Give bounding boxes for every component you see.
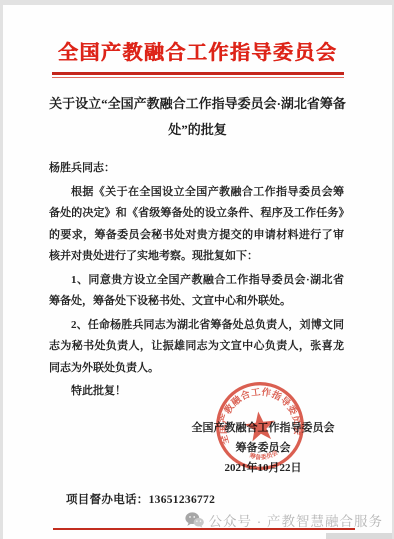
signature-committee-line: 筹备委员会 <box>160 438 366 458</box>
document-page: 全国产教融合工作指导委员会 关于设立“全国产教融合工作指导委员会·湖北省筹备处”… <box>3 5 392 539</box>
photo-edge-shadow <box>326 533 392 539</box>
signature-block: 全国产教融合工作指导委员会 筹备委员会 2021年10月22日 <box>160 418 366 478</box>
paragraph-item-2: 2、任命杨胜兵同志为湖北省筹备处总负责人，刘博文同志为秘书处负责人，让振雄同志为… <box>49 315 344 380</box>
signature-date: 2021年10月22日 <box>160 458 366 478</box>
phone-label: 项目督办电话： <box>66 494 149 506</box>
watermark-text: 公众号 · 产教智慧融合服务 <box>209 510 384 530</box>
document-photo: 全国产教融合工作指导委员会 关于设立“全国产教融合工作指导委员会·湖北省筹备处”… <box>0 0 394 539</box>
wechat-icon <box>185 512 204 528</box>
paragraph-item-1: 1、同意贵方设立全国产教融合工作指导委员会·湖北省筹备处，筹备处下设秘书处、文宣… <box>49 270 344 313</box>
document-title: 关于设立“全国产教融合工作指导委员会·湖北省筹备处”的批复 <box>39 91 357 143</box>
letterhead-rule-thick <box>52 72 344 75</box>
wechat-watermark: 公众号 · 产教智慧融合服务 <box>185 510 384 530</box>
letterhead-rule-thin <box>52 77 344 78</box>
document-body: 杨胜兵同志： 根据《关于在全国设立全国产教融合工作指导委员会筹备处的决定》和《省… <box>49 158 344 403</box>
paragraph-basis: 根据《关于在全国设立全国产教融合工作指导委员会筹备处的决定》和《省级筹备处的设立… <box>49 182 344 268</box>
signature-org-line: 全国产教融合工作指导委员会 <box>160 418 366 438</box>
salutation: 杨胜兵同志： <box>49 158 344 180</box>
letterhead-org-title: 全国产教融合工作指导委员会 <box>3 36 392 65</box>
paragraph-closing: 特此批复！ <box>49 381 344 403</box>
phone-number: 13651236772 <box>149 494 216 506</box>
footer-red-rule <box>53 528 355 530</box>
project-phone-line: 项目督办电话：13651236772 <box>66 491 215 507</box>
letterhead-rule <box>52 72 344 78</box>
